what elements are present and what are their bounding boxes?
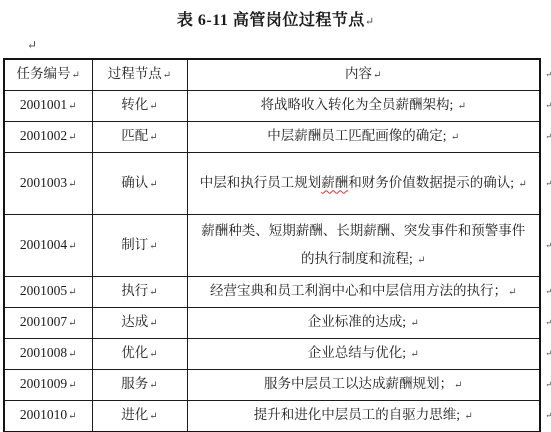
process-node-text: 进化 xyxy=(121,407,148,422)
content-text: 提升和进化中层员工的自驱力思维; xyxy=(254,407,464,422)
end-of-row-mark-icon: ↵ xyxy=(545,133,551,141)
content-text: 企业标准的达成; xyxy=(308,314,410,329)
table-row: 2001001↵转化↵将战略收入转化为全员薪酬架构; ↵↵ xyxy=(4,91,540,122)
end-of-row-mark-icon: ↵ xyxy=(545,102,551,110)
task-id-text: 2001008 xyxy=(20,345,67,360)
paragraph-mark-icon: ↵ xyxy=(464,411,472,422)
cell-content: 企业标准的达成; ↵↵ xyxy=(187,308,540,339)
paragraph-mark-icon: ↵ xyxy=(149,380,157,391)
paragraph-mark-icon: ↵ xyxy=(68,380,76,391)
process-node-table: 任务编号↵ 过程节点↵ 内容↵ ↵ 2001001↵转化↵将战略收入转化为全员薪… xyxy=(3,58,541,432)
cell-task-id: 2001007↵ xyxy=(4,308,92,339)
end-of-row-mark-icon: ↵ xyxy=(545,180,551,188)
cell-process-node: 服务↵ xyxy=(92,370,187,401)
end-of-row-mark-icon: ↵ xyxy=(545,319,551,327)
content-text: 中层薪酬员工匹配画像的确定; xyxy=(267,128,450,143)
cell-task-id: 2001009↵ xyxy=(4,370,92,401)
content-text: 服务中层员工以达成薪酬规划； xyxy=(264,376,453,391)
end-of-row-mark-icon: ↵ xyxy=(545,350,551,358)
cell-content: 服务中层员工以达成薪酬规划；↵↵ xyxy=(187,370,540,401)
task-id-text: 2001005 xyxy=(20,283,67,298)
process-node-text: 执行 xyxy=(121,283,148,298)
content-text: 经营宝典和员工利润中心和中层信用方法的执行； xyxy=(210,283,507,298)
table-row: 2001002↵匹配↵中层薪酬员工匹配画像的确定; ↵↵ xyxy=(4,122,540,153)
paragraph-mark-icon: ↵ xyxy=(149,179,157,190)
header-cell-content: 内容↵ ↵ xyxy=(187,59,540,91)
paragraph-mark-icon: ↵ xyxy=(458,101,466,112)
cell-process-node: 优化↵ xyxy=(92,339,187,370)
paragraph-mark-icon: ↵ xyxy=(454,380,462,391)
process-node-text: 优化 xyxy=(121,345,148,360)
end-of-row-mark-icon: ↵ xyxy=(545,71,551,79)
cell-process-node: 达成↵ xyxy=(92,308,187,339)
header-label: 过程节点 xyxy=(108,66,162,81)
paragraph-mark-icon: ↵ xyxy=(68,411,76,422)
table-row: 2001003↵确认↵中层和执行员工规划薪酬和财务价值数据提示的确认; ↵↵ xyxy=(4,153,540,215)
cell-process-node: 执行↵ xyxy=(92,277,187,308)
header-cell-task-id: 任务编号↵ xyxy=(4,59,92,91)
paragraph-mark-icon: ↵ xyxy=(72,70,80,81)
paragraph-mark-icon: ↵ xyxy=(410,349,418,360)
cell-process-node: 确认↵ xyxy=(92,153,187,215)
cell-content: 薪酬种类、短期薪酬、长期薪酬、突发事件和预警事件的执行制度和流程; ↵↵ xyxy=(187,215,540,277)
table-row: 2001005↵执行↵经营宝典和员工利润中心和中层信用方法的执行；↵↵ xyxy=(4,277,540,308)
table-caption-text: 表 6-11 高管岗位过程节点 xyxy=(177,12,365,29)
paragraph-mark-icon: ↵ xyxy=(68,101,76,112)
paragraph-mark-icon: ↵ xyxy=(68,179,76,190)
task-id-text: 2001003 xyxy=(20,175,67,190)
header-label: 内容 xyxy=(345,66,372,81)
task-id-text: 2001010 xyxy=(20,407,67,422)
content-text: 中层和执行员工规划 xyxy=(200,175,322,190)
cell-task-id: 2001005↵ xyxy=(4,277,92,308)
paragraph-mark-icon: ↵ xyxy=(410,318,418,329)
word-document-page: { "document": { "title": "表 6-11 高管岗位过程节… xyxy=(0,0,551,432)
cell-process-node: 匹配↵ xyxy=(92,122,187,153)
table-header-row: 任务编号↵ 过程节点↵ 内容↵ ↵ xyxy=(4,59,540,91)
table-caption: 表 6-11 高管岗位过程节点↵ xyxy=(0,7,551,30)
header-label: 任务编号 xyxy=(17,66,71,81)
cell-content: 经营宝典和员工利润中心和中层信用方法的执行；↵↵ xyxy=(187,277,540,308)
table-body: 2001001↵转化↵将战略收入转化为全员薪酬架构; ↵↵2001002↵匹配↵… xyxy=(4,91,540,432)
content-text: 薪酬种类、短期薪酬、长期薪酬、突发事件和预警事件的执行制度和流程; xyxy=(201,223,525,266)
process-node-text: 达成 xyxy=(121,314,148,329)
table-row: 2001004↵制订↵薪酬种类、短期薪酬、长期薪酬、突发事件和预警事件的执行制度… xyxy=(4,215,540,277)
content-text-misspelled: 薪酬 xyxy=(321,175,348,190)
cell-content: 中层和执行员工规划薪酬和财务价值数据提示的确认; ↵↵ xyxy=(187,153,540,215)
paragraph-mark-icon: ↵ xyxy=(149,287,157,298)
table-row: 2001007↵达成↵企业标准的达成; ↵↵ xyxy=(4,308,540,339)
content-text: 企业总结与优化; xyxy=(308,345,410,360)
end-of-row-mark-icon: ↵ xyxy=(545,381,551,389)
paragraph-mark-icon: ↵ xyxy=(451,132,459,143)
cell-process-node: 转化↵ xyxy=(92,91,187,122)
cell-content: 中层薪酬员工匹配画像的确定; ↵↵ xyxy=(187,122,540,153)
cell-process-node: 制订↵ xyxy=(92,215,187,277)
process-node-text: 确认 xyxy=(121,175,148,190)
task-id-text: 2001001 xyxy=(20,97,67,112)
task-id-text: 2001002 xyxy=(20,128,67,143)
end-of-row-mark-icon: ↵ xyxy=(545,288,551,296)
cell-content: 将战略收入转化为全员薪酬架构; ↵↵ xyxy=(187,91,540,122)
empty-paragraph-mark-icon: ↵ xyxy=(27,38,37,53)
cell-task-id: 2001010↵ xyxy=(4,401,92,432)
paragraph-mark-icon: ↵ xyxy=(149,318,157,329)
paragraph-mark-icon: ↵ xyxy=(149,349,157,360)
content-text: 将战略收入转化为全员薪酬架构; xyxy=(260,97,456,112)
cell-task-id: 2001004↵ xyxy=(4,215,92,277)
header-cell-process-node: 过程节点↵ xyxy=(92,59,187,91)
cell-task-id: 2001003↵ xyxy=(4,153,92,215)
end-of-row-mark-icon: ↵ xyxy=(545,412,551,420)
paragraph-mark-icon: ↵ xyxy=(508,287,516,298)
process-node-text: 服务 xyxy=(121,376,148,391)
paragraph-mark-icon: ↵ xyxy=(163,70,171,81)
process-node-text: 转化 xyxy=(121,97,148,112)
content-text: 和财务价值数据提示的确认; xyxy=(348,175,517,190)
paragraph-mark-icon: ↵ xyxy=(68,132,76,143)
task-id-text: 2001004 xyxy=(20,237,67,252)
table-row: 2001009↵服务↵服务中层员工以达成薪酬规划；↵↵ xyxy=(4,370,540,401)
paragraph-mark-icon: ↵ xyxy=(518,179,526,190)
cell-task-id: 2001008↵ xyxy=(4,339,92,370)
cell-task-id: 2001002↵ xyxy=(4,122,92,153)
paragraph-mark-icon: ↵ xyxy=(149,241,157,252)
paragraph-mark-icon: ↵ xyxy=(365,16,374,28)
process-node-text: 匹配 xyxy=(121,128,148,143)
table-row: 2001008↵优化↵企业总结与优化; ↵↵ xyxy=(4,339,540,370)
cell-content: 提升和进化中层员工的自驱力思维; ↵↵ xyxy=(187,401,540,432)
process-node-text: 制订 xyxy=(121,237,148,252)
paragraph-mark-icon: ↵ xyxy=(149,101,157,112)
cell-task-id: 2001001↵ xyxy=(4,91,92,122)
table-header: 任务编号↵ 过程节点↵ 内容↵ ↵ xyxy=(4,59,540,91)
paragraph-mark-icon: ↵ xyxy=(373,70,381,81)
end-of-row-mark-icon: ↵ xyxy=(545,242,551,250)
paragraph-mark-icon: ↵ xyxy=(149,132,157,143)
task-id-text: 2001007 xyxy=(20,314,67,329)
paragraph-mark-icon: ↵ xyxy=(68,287,76,298)
paragraph-mark-icon: ↵ xyxy=(417,255,425,266)
task-id-text: 2001009 xyxy=(20,376,67,391)
cell-content: 企业总结与优化; ↵↵ xyxy=(187,339,540,370)
paragraph-mark-icon: ↵ xyxy=(149,411,157,422)
paragraph-mark-icon: ↵ xyxy=(68,318,76,329)
paragraph-mark-icon: ↵ xyxy=(68,241,76,252)
paragraph-mark-icon: ↵ xyxy=(68,349,76,360)
cell-process-node: 进化↵ xyxy=(92,401,187,432)
table-row: 2001010↵进化↵提升和进化中层员工的自驱力思维; ↵↵ xyxy=(4,401,540,432)
